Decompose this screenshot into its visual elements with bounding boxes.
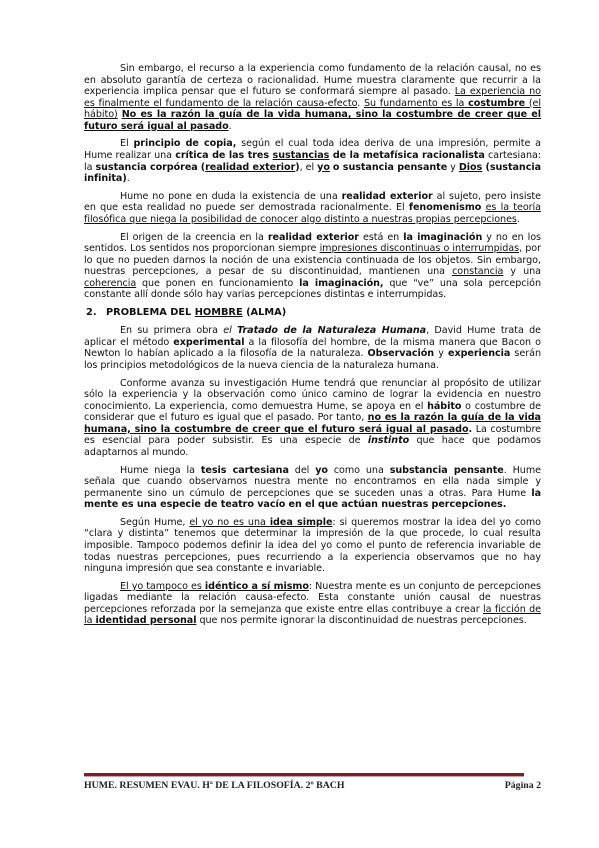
footer-rule bbox=[84, 773, 524, 777]
paragraph-p7: Hume niega la tesis cartesiana del yo co… bbox=[84, 465, 541, 511]
text-run: tesis cartesiana bbox=[201, 465, 289, 476]
paragraph-p4: El origen de la creencia en la realidad … bbox=[84, 232, 541, 301]
text-run: experiencia bbox=[448, 348, 510, 359]
text-run: que nos permite ignorar la discontinuida… bbox=[196, 615, 526, 626]
text-run: hábito bbox=[427, 401, 461, 412]
paragraph-p3: Hume no pone en duda la existencia de un… bbox=[84, 191, 541, 226]
text-run: El yo tampoco es bbox=[120, 581, 205, 592]
text-run: substancia pensante bbox=[390, 465, 504, 476]
text-run: . bbox=[229, 121, 232, 132]
text-run: . bbox=[127, 173, 130, 184]
text-run: identidad personal bbox=[95, 615, 196, 626]
text-run: la imaginación bbox=[403, 232, 482, 243]
text-run: está en bbox=[359, 232, 403, 243]
text-run: crítica de las tres bbox=[175, 150, 272, 161]
text-run: que ponen en funcionamiento bbox=[136, 278, 299, 289]
text-run: HOMBRE bbox=[195, 307, 243, 318]
section-problema-hombre: En su primera obra el Tratado de la Natu… bbox=[84, 325, 541, 627]
paragraph-p2: El principio de copia, según el cual tod… bbox=[84, 138, 541, 184]
text-run: Observación bbox=[368, 348, 435, 359]
footer-title: HUME. RESUMEN EVAU. Hª DE LA FILOSOFÍA. … bbox=[84, 780, 344, 791]
text-run: El origen de la creencia en la bbox=[120, 232, 268, 243]
text-run: y una bbox=[503, 266, 541, 277]
text-run: del bbox=[289, 465, 315, 476]
text-run: Dios bbox=[459, 162, 482, 173]
text-run: Según Hume, bbox=[120, 517, 189, 528]
text-run: yo bbox=[315, 465, 328, 476]
text-run: la imaginación, bbox=[299, 278, 383, 289]
text-run: y bbox=[434, 348, 448, 359]
text-run: PROBLEMA DEL bbox=[106, 307, 195, 318]
page-number: Página 2 bbox=[505, 780, 541, 791]
text-run: costumbre bbox=[468, 98, 525, 109]
heading-number: 2. bbox=[86, 307, 106, 319]
text-run: , el bbox=[300, 162, 318, 173]
paragraph-p8: Según Hume, el yo no es una idea simple:… bbox=[84, 517, 541, 575]
text-run: . bbox=[517, 214, 520, 225]
text-run: fenomenismo bbox=[409, 202, 481, 213]
text-run: Hume no pone en duda la existencia de un… bbox=[120, 191, 342, 202]
text-run: . bbox=[357, 98, 364, 109]
section-heading-problema-hombre: 2.PROBLEMA DEL HOMBRE (ALMA) bbox=[86, 307, 541, 319]
text-run: instinto bbox=[368, 435, 409, 446]
text-run: el yo no es una bbox=[189, 517, 269, 528]
text-run: como una bbox=[328, 465, 390, 476]
text-run: (ALMA) bbox=[243, 307, 287, 318]
text-run: principio de copia, bbox=[133, 138, 236, 149]
text-run: realidad exterior bbox=[205, 162, 295, 173]
text-run: idea simple bbox=[270, 517, 333, 528]
text-run: Su fundamento es la bbox=[364, 98, 468, 109]
text-run: y bbox=[447, 162, 459, 173]
text-run: Tratado de la Naturaleza Humana bbox=[237, 325, 426, 336]
text-run: realidad exterior bbox=[342, 191, 433, 202]
text-run: No es la razón la guía de la vida humana… bbox=[84, 109, 541, 132]
text-run: sustancia corpórea bbox=[95, 162, 197, 173]
text-run: o sustancia pensante bbox=[333, 162, 447, 173]
text-run: realidad exterior bbox=[268, 232, 359, 243]
text-run: coherencia bbox=[84, 278, 136, 289]
text-run: yo bbox=[317, 162, 330, 173]
text-run: el bbox=[223, 325, 237, 336]
text-run: experimental bbox=[173, 337, 244, 348]
paragraph-p5: En su primera obra el Tratado de la Natu… bbox=[84, 325, 541, 371]
text-run: sustancias bbox=[273, 150, 330, 161]
text-run: En su primera obra bbox=[120, 325, 223, 336]
heading-text: PROBLEMA DEL HOMBRE (ALMA) bbox=[106, 307, 286, 318]
text-run: de la metafísica racionalista bbox=[329, 150, 484, 161]
paragraph-p9: El yo tampoco es idéntico a sí mismo: Nu… bbox=[84, 581, 541, 627]
section-realidad-exterior: Sin embargo, el recurso a la experiencia… bbox=[84, 63, 541, 301]
paragraph-p1: Sin embargo, el recurso a la experiencia… bbox=[84, 63, 541, 132]
document-page: Sin embargo, el recurso a la experiencia… bbox=[84, 63, 541, 633]
text-run: constancia bbox=[452, 266, 503, 277]
text-run: idéntico a sí mismo bbox=[205, 581, 309, 592]
text-run: impresiones discontinuas o interrumpidas bbox=[320, 243, 520, 254]
paragraph-p6: Conforme avanza su investigación Hume te… bbox=[84, 378, 541, 459]
text-run: El bbox=[120, 138, 133, 149]
text-run: Hume niega la bbox=[120, 465, 201, 476]
